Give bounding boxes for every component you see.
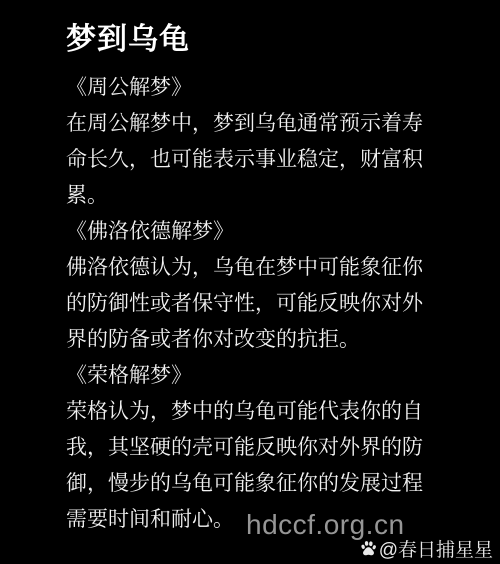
author-credit: @春日捕星星 (360, 535, 493, 562)
section-heading-jung: 《荣格解梦》 (66, 358, 434, 394)
paw-icon (360, 540, 377, 557)
section-body-freud: 佛洛依德认为，乌龟在梦中可能象征你的防御性或者保守性，可能反映你对外界的防备或者… (66, 250, 434, 358)
section-zhougong: 《周公解梦》 在周公解梦中，梦到乌龟通常预示着寿命长久，也可能表示事业稳定，财富… (66, 70, 500, 214)
section-body-zhougong: 在周公解梦中，梦到乌龟通常预示着寿命长久，也可能表示事业稳定，财富积累。 (66, 106, 434, 214)
section-freud: 《佛洛依德解梦》 佛洛依德认为，乌龟在梦中可能象征你的防御性或者保守性，可能反映… (66, 214, 500, 358)
page-title: 梦到乌龟 (66, 21, 500, 59)
dream-interpretation-card: 梦到乌龟 《周公解梦》 在周公解梦中，梦到乌龟通常预示着寿命长久，也可能表示事业… (0, 0, 500, 564)
section-heading-freud: 《佛洛依德解梦》 (66, 214, 434, 250)
author-name: @春日捕星星 (379, 535, 493, 562)
section-heading-zhougong: 《周公解梦》 (66, 70, 434, 106)
